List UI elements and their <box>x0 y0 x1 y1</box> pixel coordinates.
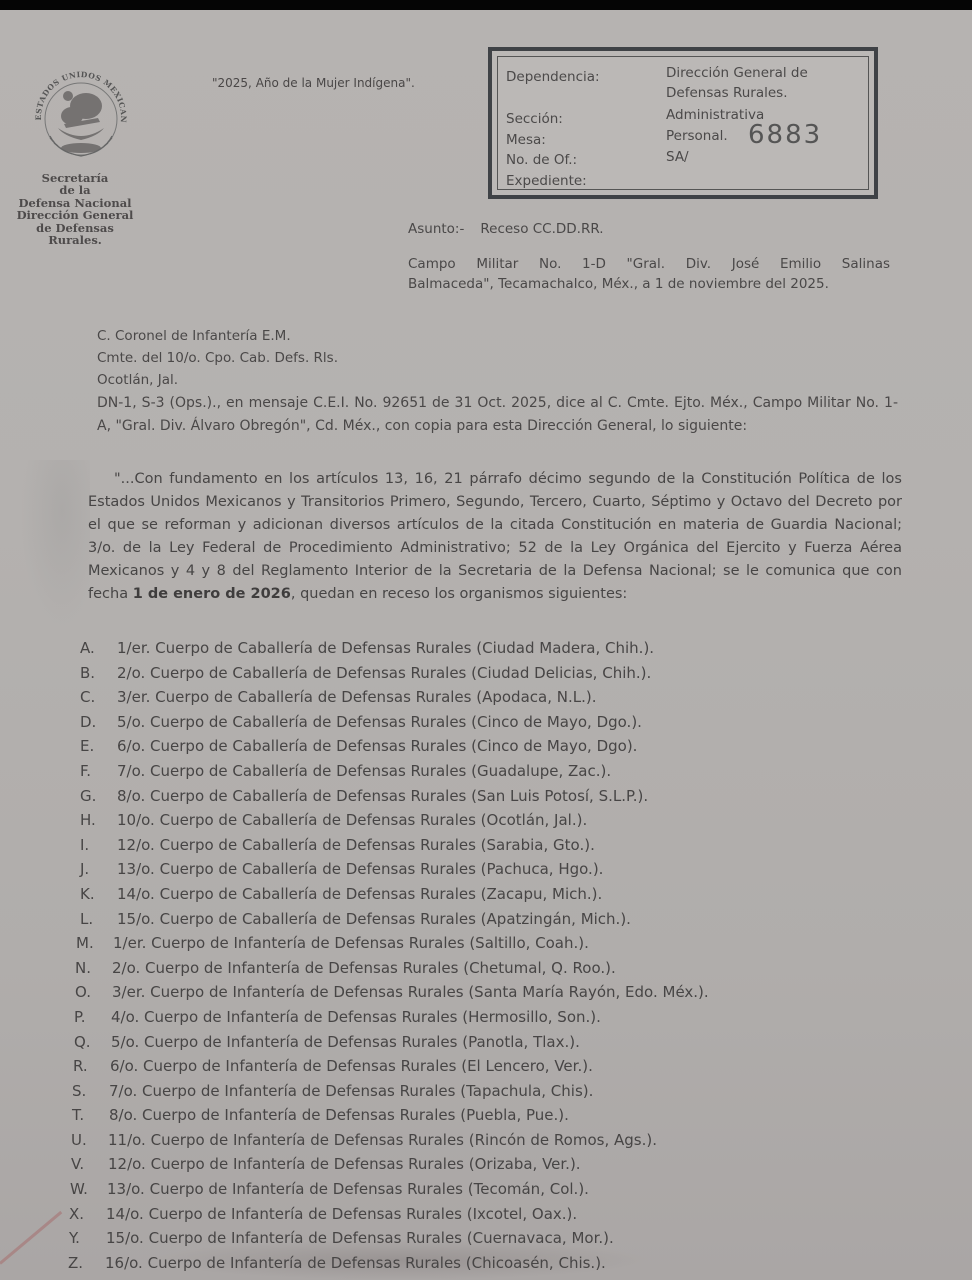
label-mesa: Mesa: <box>506 132 546 148</box>
list-item-letter: M. <box>76 934 102 952</box>
list-item: V.12/o. Cuerpo de Infantería de Defensas… <box>70 1155 830 1180</box>
list-item-text: 6/o. Cuerpo de Infantería de Defensas Ru… <box>110 1057 593 1075</box>
list-item: G.8/o. Cuerpo de Caballería de Defensas … <box>70 787 830 812</box>
list-item-text: 15/o. Cuerpo de Infantería de Defensas R… <box>106 1229 614 1247</box>
list-item-letter: H. <box>80 811 106 829</box>
list-item-letter: R. <box>73 1057 99 1075</box>
list-item: L.15/o. Cuerpo de Caballería de Defensas… <box>70 910 830 935</box>
list-item-text: 1/er. Cuerpo de Infantería de Defensas R… <box>113 934 589 952</box>
list-item: W.13/o. Cuerpo de Infantería de Defensas… <box>70 1180 830 1205</box>
list-item-text: 13/o. Cuerpo de Infantería de Defensas R… <box>107 1180 589 1198</box>
list-item: J.13/o. Cuerpo de Caballería de Defensas… <box>70 860 830 885</box>
list-item: N.2/o. Cuerpo de Infantería de Defensas … <box>70 959 830 984</box>
list-item: X.14/o. Cuerpo de Infantería de Defensas… <box>70 1205 830 1230</box>
list-item: A.1/er. Cuerpo de Caballería de Defensas… <box>70 639 830 664</box>
list-item-text: 2/o. Cuerpo de Infantería de Defensas Ru… <box>112 959 616 977</box>
list-item-text: 6/o. Cuerpo de Caballería de Defensas Ru… <box>117 737 637 755</box>
list-item-letter: W. <box>70 1180 96 1198</box>
body-intro-paragraph: DN-1, S-3 (Ops.)., en mensaje C.E.I. No.… <box>97 392 898 438</box>
list-item-text: 7/o. Cuerpo de Caballería de Defensas Ru… <box>117 762 611 780</box>
list-item: H.10/o. Cuerpo de Caballería de Defensas… <box>70 811 830 836</box>
list-item-letter: U. <box>71 1131 97 1149</box>
sender-line: de la <box>4 184 146 196</box>
list-item: M.1/er. Cuerpo de Infantería de Defensas… <box>70 934 830 959</box>
list-item: Z.16/o. Cuerpo de Infantería de Defensas… <box>70 1254 830 1279</box>
list-item-text: 1/er. Cuerpo de Caballería de Defensas R… <box>117 639 654 657</box>
list-item-text: 16/o. Cuerpo de Infantería de Defensas R… <box>105 1254 606 1272</box>
photo-top-black-edge <box>0 0 972 10</box>
list-item: K.14/o. Cuerpo de Caballería de Defensas… <box>70 885 830 910</box>
list-item: U.11/o. Cuerpo de Infantería de Defensas… <box>70 1131 830 1156</box>
sender-institution: Secretaría de la Defensa Nacional Direcc… <box>4 172 146 246</box>
list-item-letter: N. <box>75 959 101 977</box>
list-item-text: 4/o. Cuerpo de Infantería de Defensas Ru… <box>111 1008 601 1026</box>
list-item-letter: I. <box>80 836 106 854</box>
office-number-stamp: 6883 <box>748 120 822 150</box>
list-item: Y.15/o. Cuerpo de Infantería de Defensas… <box>70 1229 830 1254</box>
list-item-text: 14/o. Cuerpo de Caballería de Defensas R… <box>117 885 602 903</box>
list-item-letter: T. <box>72 1106 98 1124</box>
sender-line: Dirección General <box>4 209 146 221</box>
quote-text-part-1: "...Con fundamento en los artículos 13, … <box>88 471 902 602</box>
value-dependencia-1: Dirección General de <box>666 65 808 81</box>
place-date-line-2: Balmaceda", Tecamachalco, Méx., a 1 de n… <box>408 276 829 292</box>
list-item-letter: L. <box>80 910 106 928</box>
list-item-letter: K. <box>80 885 106 903</box>
list-item-text: 14/o. Cuerpo de Infantería de Defensas R… <box>106 1205 577 1223</box>
list-item: Q.5/o. Cuerpo de Infantería de Defensas … <box>70 1033 830 1058</box>
list-item-letter: S. <box>72 1082 98 1100</box>
paper-smudge <box>20 460 90 630</box>
label-no-de-oficio: No. de Of.: <box>506 152 577 168</box>
list-item-text: 2/o. Cuerpo de Caballería de Defensas Ru… <box>117 664 651 682</box>
document-control-box: Dependencia: Sección: Mesa: No. de Of.: … <box>488 47 878 199</box>
national-coat-of-arms-seal-icon: ESTADOS UNIDOS MEXICANOS <box>28 66 134 172</box>
list-item-text: 5/o. Cuerpo de Caballería de Defensas Ru… <box>117 713 642 731</box>
body-quoted-paragraph: "...Con fundamento en los artículos 13, … <box>88 468 902 606</box>
units-in-recess-list: A.1/er. Cuerpo de Caballería de Defensas… <box>70 639 830 1278</box>
list-item-text: 7/o. Cuerpo de Infantería de Defensas Ru… <box>109 1082 593 1100</box>
list-item-text: 8/o. Cuerpo de Caballería de Defensas Ru… <box>117 787 648 805</box>
label-seccion: Sección: <box>506 111 563 127</box>
recipient-title: C. Coronel de Infantería E.M. <box>97 325 338 347</box>
list-item-text: 15/o. Cuerpo de Caballería de Defensas R… <box>117 910 631 928</box>
list-item-text: 12/o. Cuerpo de Caballería de Defensas R… <box>117 836 595 854</box>
list-item-letter: A. <box>80 639 106 657</box>
list-item-letter: O. <box>75 983 101 1001</box>
list-item-text: 3/er. Cuerpo de Infantería de Defensas R… <box>112 983 709 1001</box>
subject-line: Asunto:-Receso CC.DD.RR. <box>408 221 604 237</box>
list-item: P.4/o. Cuerpo de Infantería de Defensas … <box>70 1008 830 1033</box>
place-date-line-1: Campo Militar No. 1-D "Gral. Div. José E… <box>408 254 890 274</box>
list-item-text: 3/er. Cuerpo de Caballería de Defensas R… <box>117 688 596 706</box>
place-and-date: Campo Militar No. 1-D "Gral. Div. José E… <box>408 254 890 294</box>
list-item-letter: Q. <box>74 1033 100 1051</box>
list-item: F.7/o. Cuerpo de Caballería de Defensas … <box>70 762 830 787</box>
list-item-letter: J. <box>80 860 106 878</box>
list-item: C.3/er. Cuerpo de Caballería de Defensas… <box>70 688 830 713</box>
value-mesa: Personal. <box>666 128 728 144</box>
list-item: I.12/o. Cuerpo de Caballería de Defensas… <box>70 836 830 861</box>
list-item: B.2/o. Cuerpo de Caballería de Defensas … <box>70 664 830 689</box>
list-item-text: 5/o. Cuerpo de Infantería de Defensas Ru… <box>111 1033 580 1051</box>
list-item-letter: F. <box>80 762 106 780</box>
sender-line: Rurales. <box>4 234 146 246</box>
list-item: O.3/er. Cuerpo de Infantería de Defensas… <box>70 983 830 1008</box>
quote-text-part-2: , quedan en receso los organismos siguie… <box>291 586 627 602</box>
subject-label: Asunto:- <box>408 221 464 237</box>
recipient-position: Cmte. del 10/o. Cpo. Cab. Defs. Rls. <box>97 347 338 369</box>
subject-value: Receso CC.DD.RR. <box>480 221 603 237</box>
label-expediente: Expediente: <box>506 173 587 189</box>
list-item: S.7/o. Cuerpo de Infantería de Defensas … <box>70 1082 830 1107</box>
label-dependencia: Dependencia: <box>506 69 600 85</box>
list-item: R.6/o. Cuerpo de Infantería de Defensas … <box>70 1057 830 1082</box>
list-item-letter: P. <box>74 1008 100 1026</box>
list-item-text: 10/o. Cuerpo de Caballería de Defensas R… <box>117 811 587 829</box>
list-item-letter: Y. <box>69 1229 95 1247</box>
list-item-letter: G. <box>80 787 106 805</box>
list-item: E.6/o. Cuerpo de Caballería de Defensas … <box>70 737 830 762</box>
list-item-letter: V. <box>71 1155 97 1173</box>
recess-effective-date: 1 de enero de 2026 <box>133 586 291 602</box>
recipient-location: Ocotlán, Jal. <box>97 369 338 391</box>
list-item-letter: C. <box>80 688 106 706</box>
list-item-letter: X. <box>69 1205 95 1223</box>
list-item-text: 13/o. Cuerpo de Caballería de Defensas R… <box>117 860 603 878</box>
year-motto: "2025, Año de la Mujer Indígena". <box>212 76 415 90</box>
list-item-letter: B. <box>80 664 106 682</box>
list-item: D.5/o. Cuerpo de Caballería de Defensas … <box>70 713 830 738</box>
list-item-letter: E. <box>80 737 106 755</box>
list-item: T.8/o. Cuerpo de Infantería de Defensas … <box>70 1106 830 1131</box>
value-dependencia-2: Defensas Rurales. <box>666 85 787 101</box>
recipient-block: C. Coronel de Infantería E.M. Cmte. del … <box>97 325 338 391</box>
value-no-de-oficio: SA/ <box>666 149 689 165</box>
list-item-text: 12/o. Cuerpo de Infantería de Defensas R… <box>108 1155 581 1173</box>
list-item-text: 8/o. Cuerpo de Infantería de Defensas Ru… <box>109 1106 569 1124</box>
list-item-text: 11/o. Cuerpo de Infantería de Defensas R… <box>108 1131 657 1149</box>
list-item-letter: Z. <box>68 1254 94 1272</box>
list-item-letter: D. <box>80 713 106 731</box>
